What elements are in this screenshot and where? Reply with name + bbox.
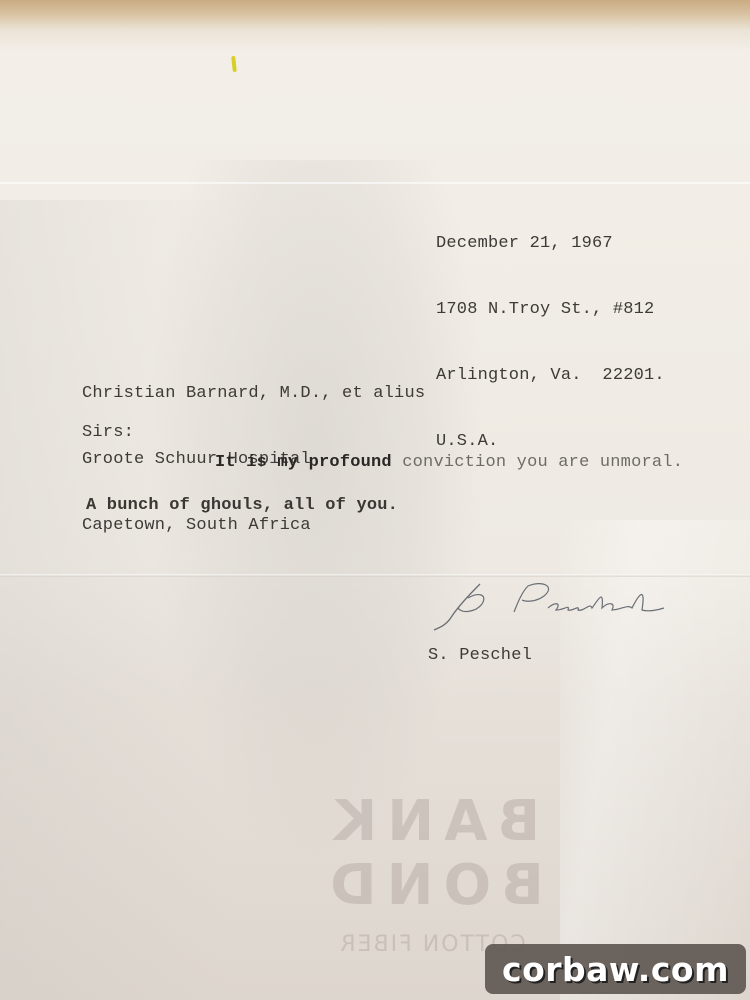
sender-address-block: December 21, 1967 1708 N.Troy St., #812 … xyxy=(436,189,665,475)
paper-watermark: BANK BOND COTTON FIBER xyxy=(222,790,642,957)
recipient-location: Capetown, South Africa xyxy=(82,515,425,537)
body-line-1-rest: conviction you are unmoral. xyxy=(392,453,683,472)
sender-street: 1708 N.Troy St., #812 xyxy=(436,299,665,321)
site-watermark-badge: corbaw.com xyxy=(485,944,746,994)
letter-date: December 21, 1967 xyxy=(436,233,665,255)
body-line-1: It is my profound conviction you are unm… xyxy=(215,452,683,474)
site-watermark-text: corbaw.com xyxy=(502,950,729,989)
handwritten-signature: S. Peschel xyxy=(432,574,712,634)
watermark-line-1: BANK BOND xyxy=(222,790,642,918)
recipient-name: Christian Barnard, M.D., et alius xyxy=(82,383,425,405)
sender-city: Arlington, Va. 22201. xyxy=(436,365,665,387)
typed-signature: S. Peschel xyxy=(428,645,532,667)
paper-fold-upper xyxy=(0,182,750,184)
salutation: Sirs: xyxy=(82,422,134,444)
body-line-1-emphasis: It is my profound xyxy=(215,453,392,472)
recipient-address-block: Christian Barnard, M.D., et alius Groote… xyxy=(82,339,425,559)
body-line-2: A bunch of ghouls, all of you. xyxy=(86,495,398,517)
sender-country: U.S.A. xyxy=(436,431,665,453)
